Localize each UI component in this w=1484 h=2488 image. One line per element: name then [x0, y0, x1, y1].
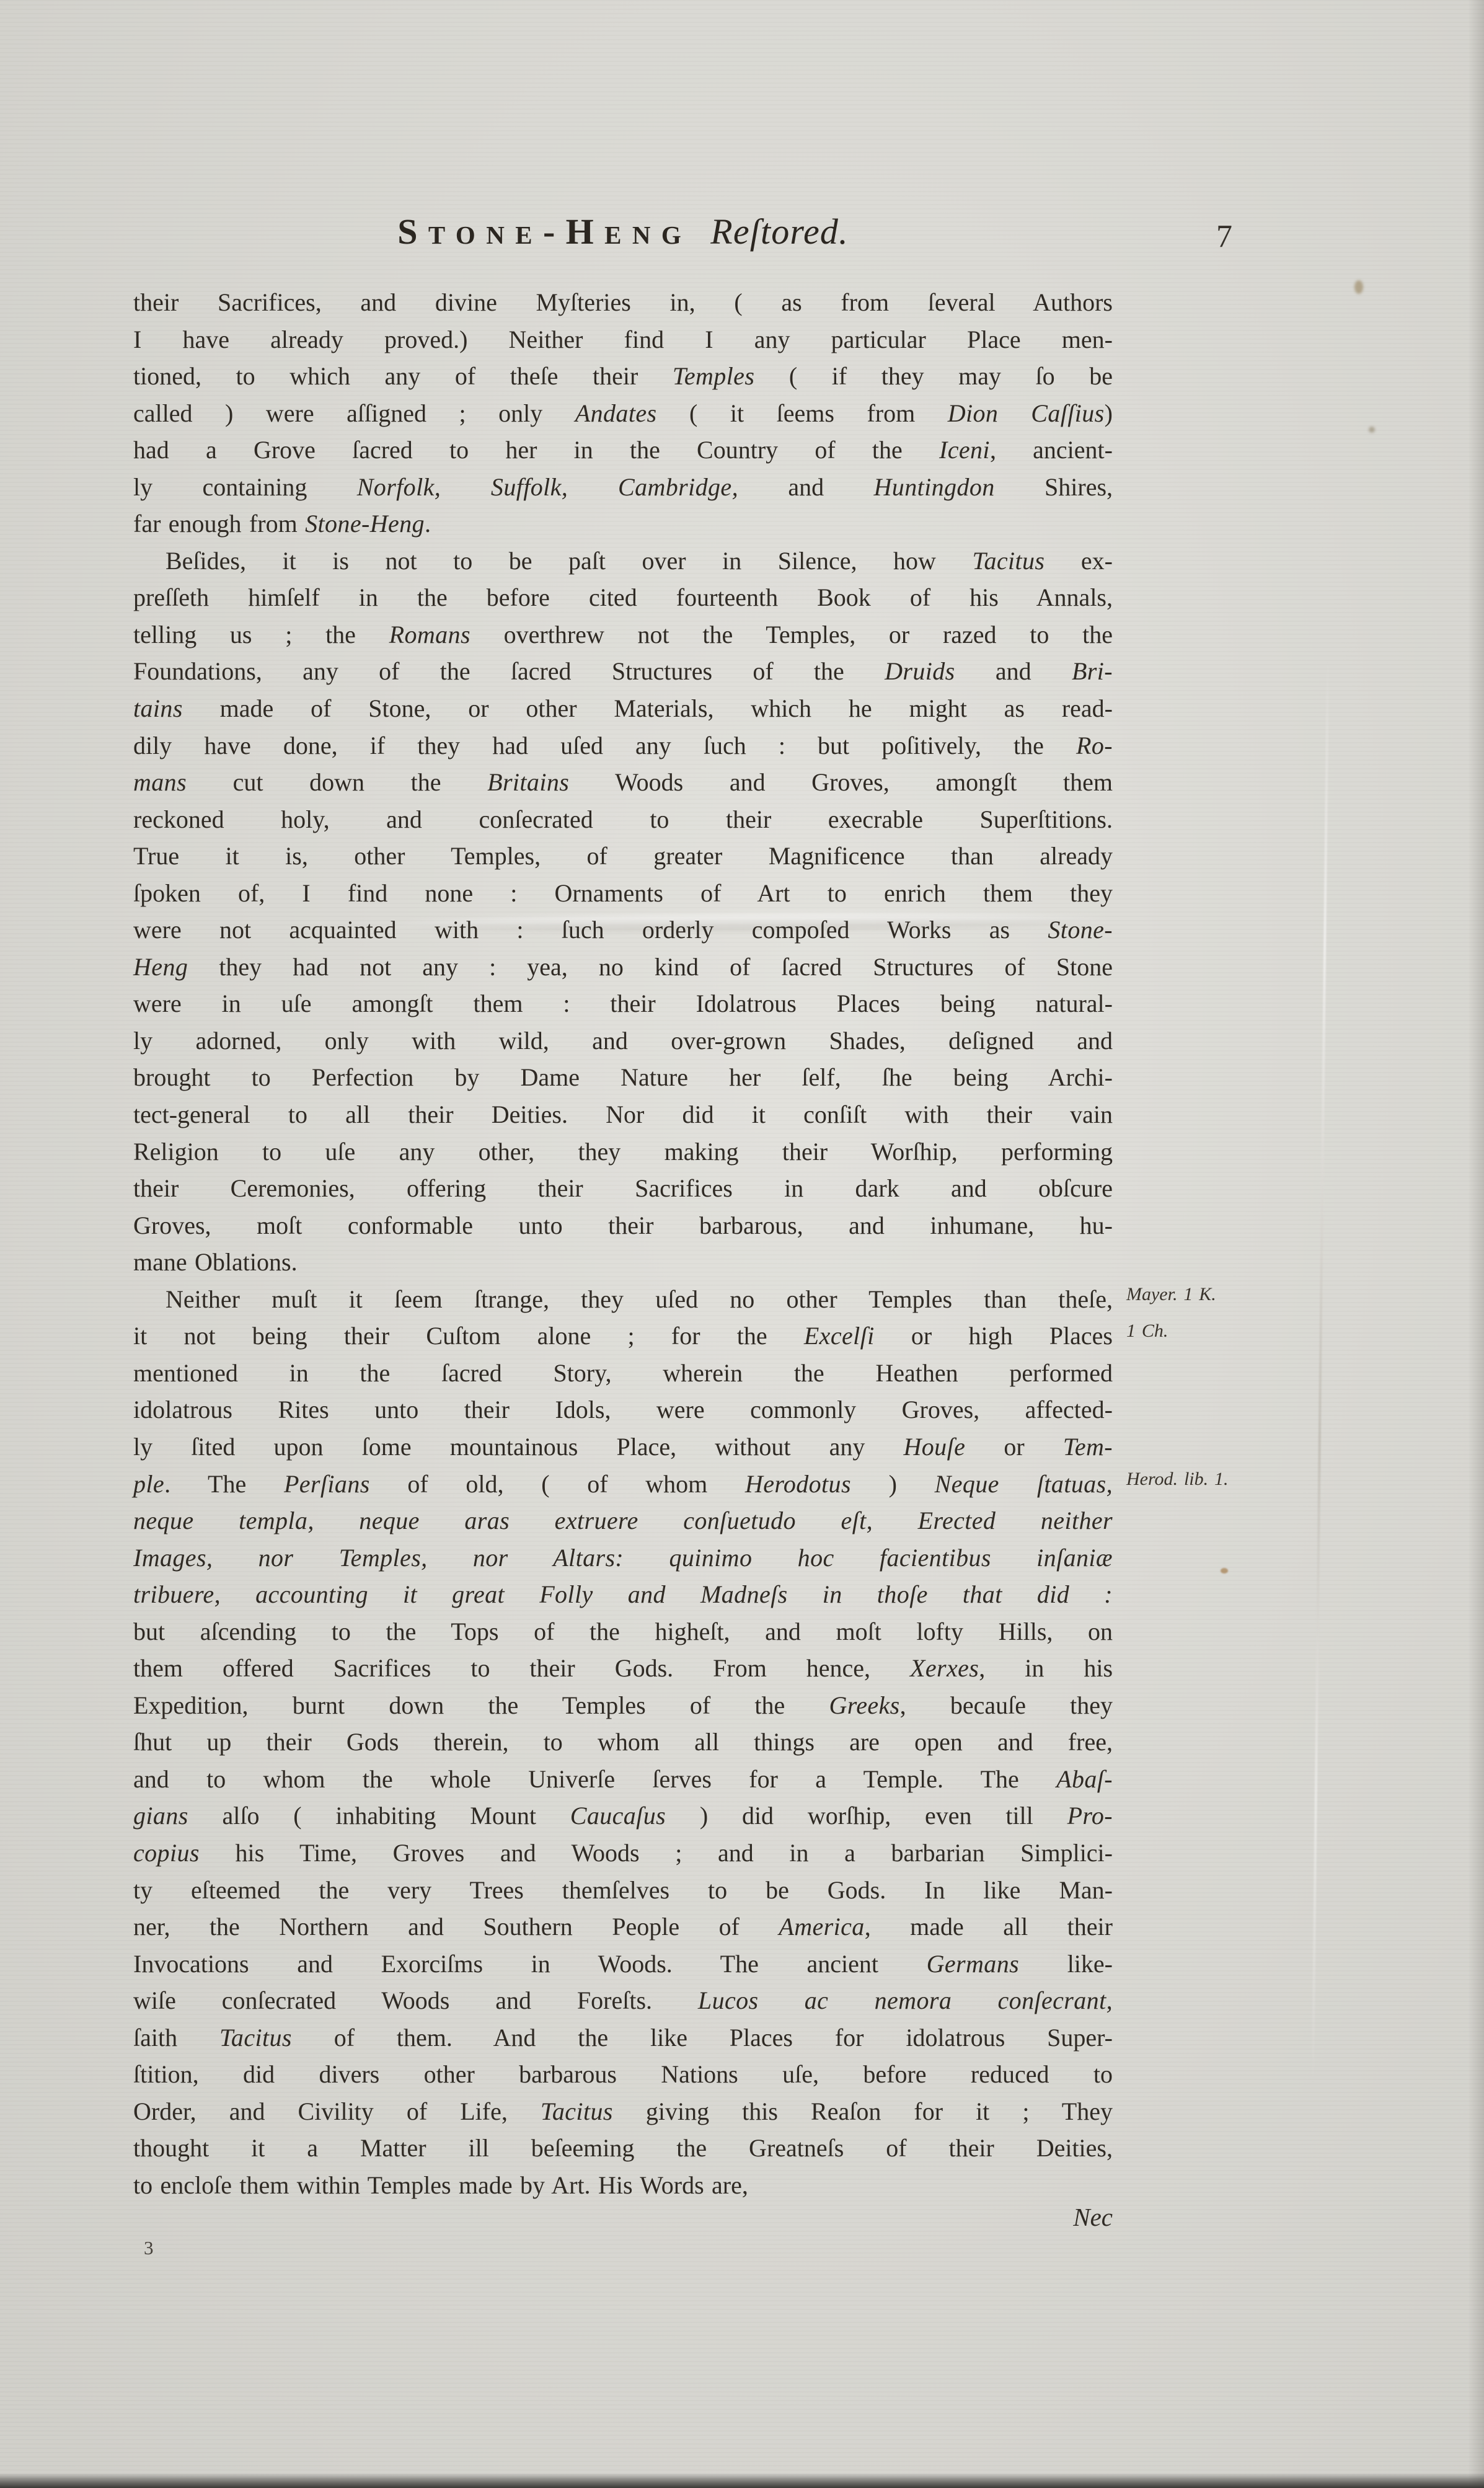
text-line: far enough from Stone-Heng. [133, 505, 1113, 542]
text-line: it not being their Cuſtom alone ; for th… [133, 1317, 1113, 1355]
text-line: tioned, to which any of theſe their Temp… [133, 358, 1113, 395]
text-line: tect-general to all their Deities. Nor d… [133, 1096, 1113, 1133]
text-line: mentioned in the ſacred Story, wherein t… [133, 1355, 1113, 1392]
paper-crease [1312, 657, 1329, 2083]
text-line: ſaith Tacitus of them. And the like Plac… [133, 2019, 1113, 2056]
catchword: Nec [133, 2202, 1113, 2232]
text-line: to encloſe them within Temples made by A… [133, 2167, 1113, 2204]
text-line: tribuere, accounting it great Folly and … [133, 1576, 1113, 1613]
running-head-title: Stone-Heng [397, 211, 692, 252]
text-line: them offered Sacrifices to their Gods. F… [133, 1650, 1113, 1687]
margin-note: Mayer. 1 K. [1126, 1283, 1312, 1306]
text-line: telling us ; the Romans overthrew not th… [133, 616, 1113, 653]
text-line: ple. The Perſians of old, ( of whom Hero… [133, 1466, 1113, 1503]
text-line: ner, the Northern and Southern People of… [133, 1908, 1113, 1946]
foxing-spot [1354, 280, 1363, 294]
book-page: Stone-HengReſtored. 7 their Sacrifices, … [0, 0, 1484, 2488]
text-line: ly adorned, only with wild, and over-gro… [133, 1022, 1113, 1060]
foxing-spot [1221, 1568, 1228, 1574]
text-line: gians alſo ( inhabiting Mount Caucaſus )… [133, 1797, 1113, 1835]
text-line: Neither muſt it ſeem ſtrange, they uſed … [133, 1281, 1113, 1318]
text-line: had a Grove ſacred to her in the Country… [133, 432, 1113, 469]
text-line: True it is, other Temples, of greater Ma… [133, 838, 1113, 875]
text-line: were in uſe amongſt them : their Idolatr… [133, 985, 1113, 1022]
text-line: and to whom the whole Univerſe ſerves fo… [133, 1761, 1113, 1798]
text-line: Expedition, burnt down the Temples of th… [133, 1687, 1113, 1724]
text-line: copius his Time, Groves and Woods ; and … [133, 1835, 1113, 1872]
text-line: but aſcending to the Tops of the higheſt… [133, 1613, 1113, 1650]
text-line: reckoned holy, and conſecrated to their … [133, 801, 1113, 838]
running-head-subtitle: Reſtored. [710, 211, 849, 252]
scan-edge-shadow [0, 2473, 1484, 2488]
text-line: ly containing Norfolk, Suffolk, Cambridg… [133, 469, 1113, 506]
text-line: ſpoken of, I find none : Ornaments of Ar… [133, 875, 1113, 912]
text-line: brought to Perfection by Dame Nature her… [133, 1059, 1113, 1096]
text-line: I have already proved.) Neither find I a… [133, 321, 1113, 358]
text-line: Foundations, any of the ſacred Structure… [133, 653, 1113, 690]
text-line: Groves, moſt conformable unto their barb… [133, 1207, 1113, 1244]
text-line: dily have done, if they had uſed any ſuc… [133, 727, 1113, 764]
margin-note: 1 Ch. [1126, 1320, 1312, 1342]
text-line: were not acquainted with : ſuch orderly … [133, 911, 1113, 949]
text-block: their Sacrifices, and divine Myſteries i… [133, 284, 1113, 2203]
text-line: mane Oblations. [133, 1244, 1113, 1281]
text-line: their Sacrifices, and divine Myſteries i… [133, 284, 1113, 321]
text-line: ty eſteemed the very Trees themſelves to… [133, 1872, 1113, 1909]
text-line: Order, and Civility of Life, Tacitus giv… [133, 2093, 1113, 2130]
text-line: Religion to uſe any other, they making t… [133, 1133, 1113, 1171]
text-line: Beſides, it is not to be paſt over in Si… [133, 542, 1113, 580]
text-line: ly ſited upon ſome mountainous Place, wi… [133, 1428, 1113, 1466]
text-line: preſſeth himſelf in the before cited fou… [133, 579, 1113, 616]
page-number: 7 [1216, 218, 1232, 255]
running-head: Stone-HengReſtored. [133, 211, 1113, 252]
text-line: ſtition, did divers other barbarous Nati… [133, 2056, 1113, 2093]
text-line: idolatrous Rites unto their Idols, were … [133, 1391, 1113, 1428]
foxing-spot [1369, 427, 1375, 433]
text-line: Heng they had not any : yea, no kind of … [133, 949, 1113, 986]
scan-edge-shadow [1468, 0, 1484, 2488]
signature-mark: 3 [144, 2237, 154, 2259]
text-line: mans cut down the Britains Woods and Gro… [133, 764, 1113, 801]
text-line: wiſe conſecrated Woods and Foreſts. Luco… [133, 1982, 1113, 2019]
text-line: ſhut up their Gods therein, to whom all … [133, 1724, 1113, 1761]
text-line: neque templa, neque aras extruere conſue… [133, 1502, 1113, 1539]
text-line: their Ceremonies, offering their Sacrifi… [133, 1170, 1113, 1207]
text-line: Images, nor Temples, nor Altars: quinimo… [133, 1539, 1113, 1577]
text-line: thought it a Matter ill beſeeming the Gr… [133, 2130, 1113, 2167]
text-line: tains made of Stone, or other Materials,… [133, 690, 1113, 727]
text-line: Invocations and Exorciſms in Woods. The … [133, 1946, 1113, 1983]
margin-note: Herod. lib. 1. [1126, 1468, 1312, 1490]
text-line: called ) were aſſigned ; only Andates ( … [133, 395, 1113, 432]
